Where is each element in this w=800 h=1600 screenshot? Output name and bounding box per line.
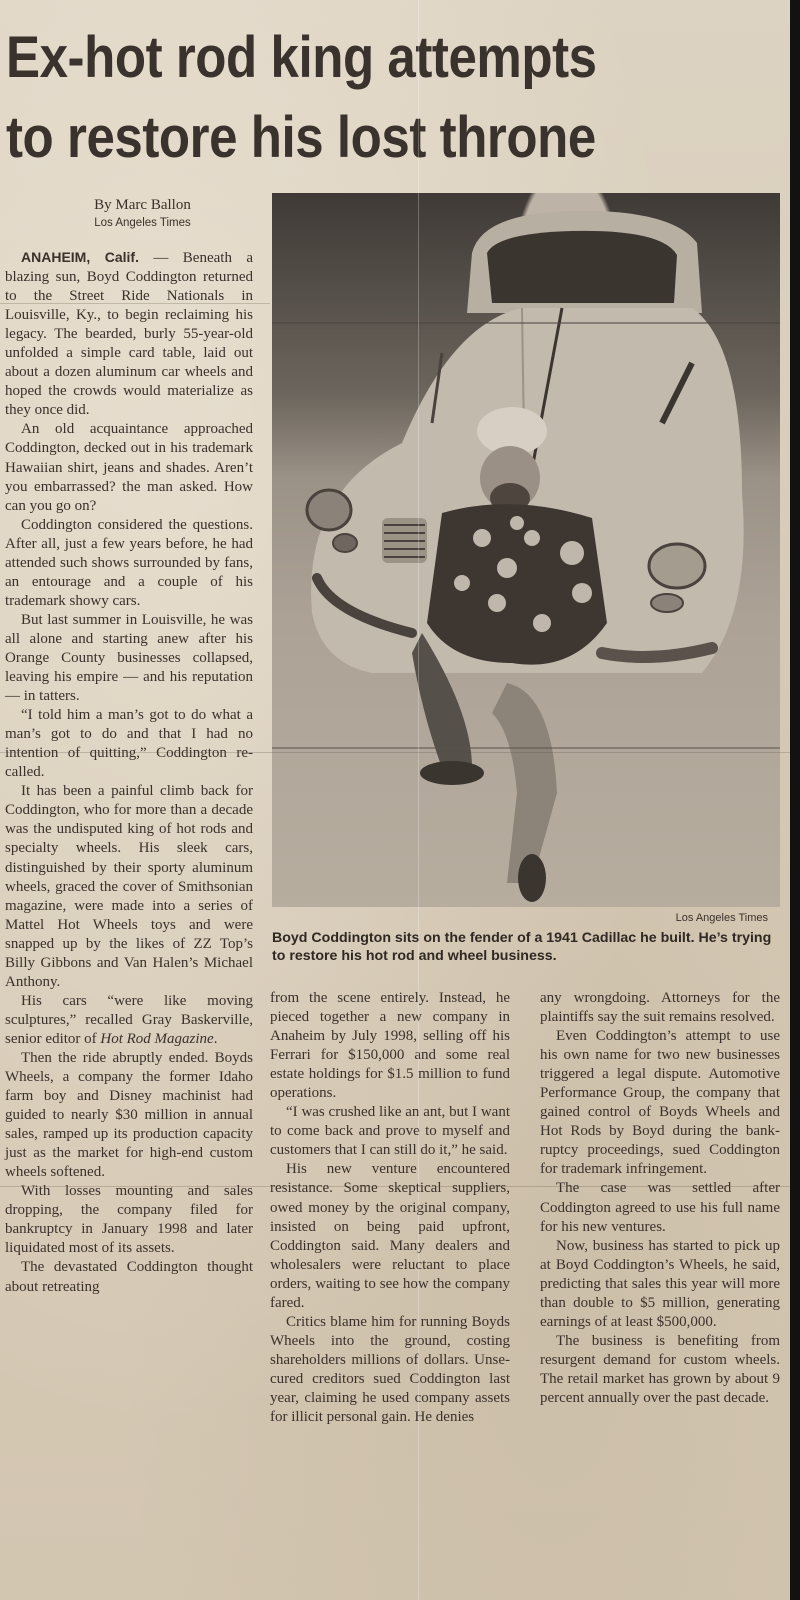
scan-edge	[790, 0, 800, 1600]
paragraph: Now, business has started to pick up at …	[540, 1237, 780, 1332]
paragraph-continued: any wrongdoing. Attorneys for the plaint…	[540, 989, 780, 1027]
photo-credit: Los Angeles Times	[676, 912, 768, 924]
car-and-man-photo-illustration	[272, 193, 780, 907]
paragraph: “I was crushed like an ant, but I want t…	[270, 1103, 510, 1160]
paragraph: But last summer in Louisville, he was al…	[5, 611, 253, 706]
paragraph: An old acquaintance ap­proached Coddingt…	[5, 420, 253, 515]
paragraph: Then the ride abruptly ended. Boyds Whee…	[5, 1049, 253, 1182]
paragraph: The devastated Coddington thought about …	[5, 1258, 253, 1296]
paragraph: With losses mounting and sales dropping,…	[5, 1182, 253, 1258]
column-1: ANAHEIM, Calif. — Beneath a blazing sun,…	[5, 248, 253, 1297]
article-photo	[272, 193, 780, 907]
fold-crease	[0, 752, 790, 753]
paragraph-continued: from the scene entirely. In­stead, he pi…	[270, 989, 510, 1103]
magazine-title: Hot Rod Magazine	[100, 1031, 213, 1047]
headline-line-1: Ex-hot rod king attempts	[6, 18, 692, 98]
byline: By Marc Ballon Los Angeles Times	[0, 197, 265, 229]
column-3: any wrongdoing. Attorneys for the plaint…	[540, 989, 780, 1408]
byline-author: By Marc Ballon	[0, 197, 265, 214]
paragraph: His cars “were like moving sculptures,” …	[5, 992, 253, 1049]
paragraph: Critics blame him for run­ning Boyds Whe…	[270, 1313, 510, 1427]
paragraph: Even Coddington’s attempt to use his own…	[540, 1027, 780, 1179]
paragraph: His new venture encoun­tered resistance.…	[270, 1160, 510, 1312]
dateline: ANAHEIM, Calif.	[21, 249, 139, 265]
headline-line-2: to restore his lost throne	[6, 98, 692, 178]
paragraph: The business is benefiting from resurgen…	[540, 1332, 780, 1408]
paragraph: The case was settled after Coddington ag…	[540, 1179, 780, 1236]
column-2: from the scene entirely. In­stead, he pi…	[270, 989, 510, 1427]
fold-crease	[418, 0, 419, 1600]
paragraph: “I told him a man’s got to do what a man…	[5, 706, 253, 782]
fold-crease	[0, 303, 270, 304]
fold-crease	[0, 1186, 790, 1187]
newspaper-clipping: Ex-hot rod king attempts to restore his …	[0, 0, 790, 1600]
headline: Ex-hot rod king attempts to restore his …	[6, 18, 692, 178]
paragraph: It has been a painful climb back for Cod…	[5, 782, 253, 992]
paragraph-lede: ANAHEIM, Calif. — Beneath a blazing sun,…	[5, 248, 253, 420]
photo-caption: Boyd Coddington sits on the fender of a …	[272, 929, 787, 965]
byline-agency: Los Angeles Times	[0, 217, 265, 229]
paragraph: Coddington considered the questions. Aft…	[5, 516, 253, 611]
